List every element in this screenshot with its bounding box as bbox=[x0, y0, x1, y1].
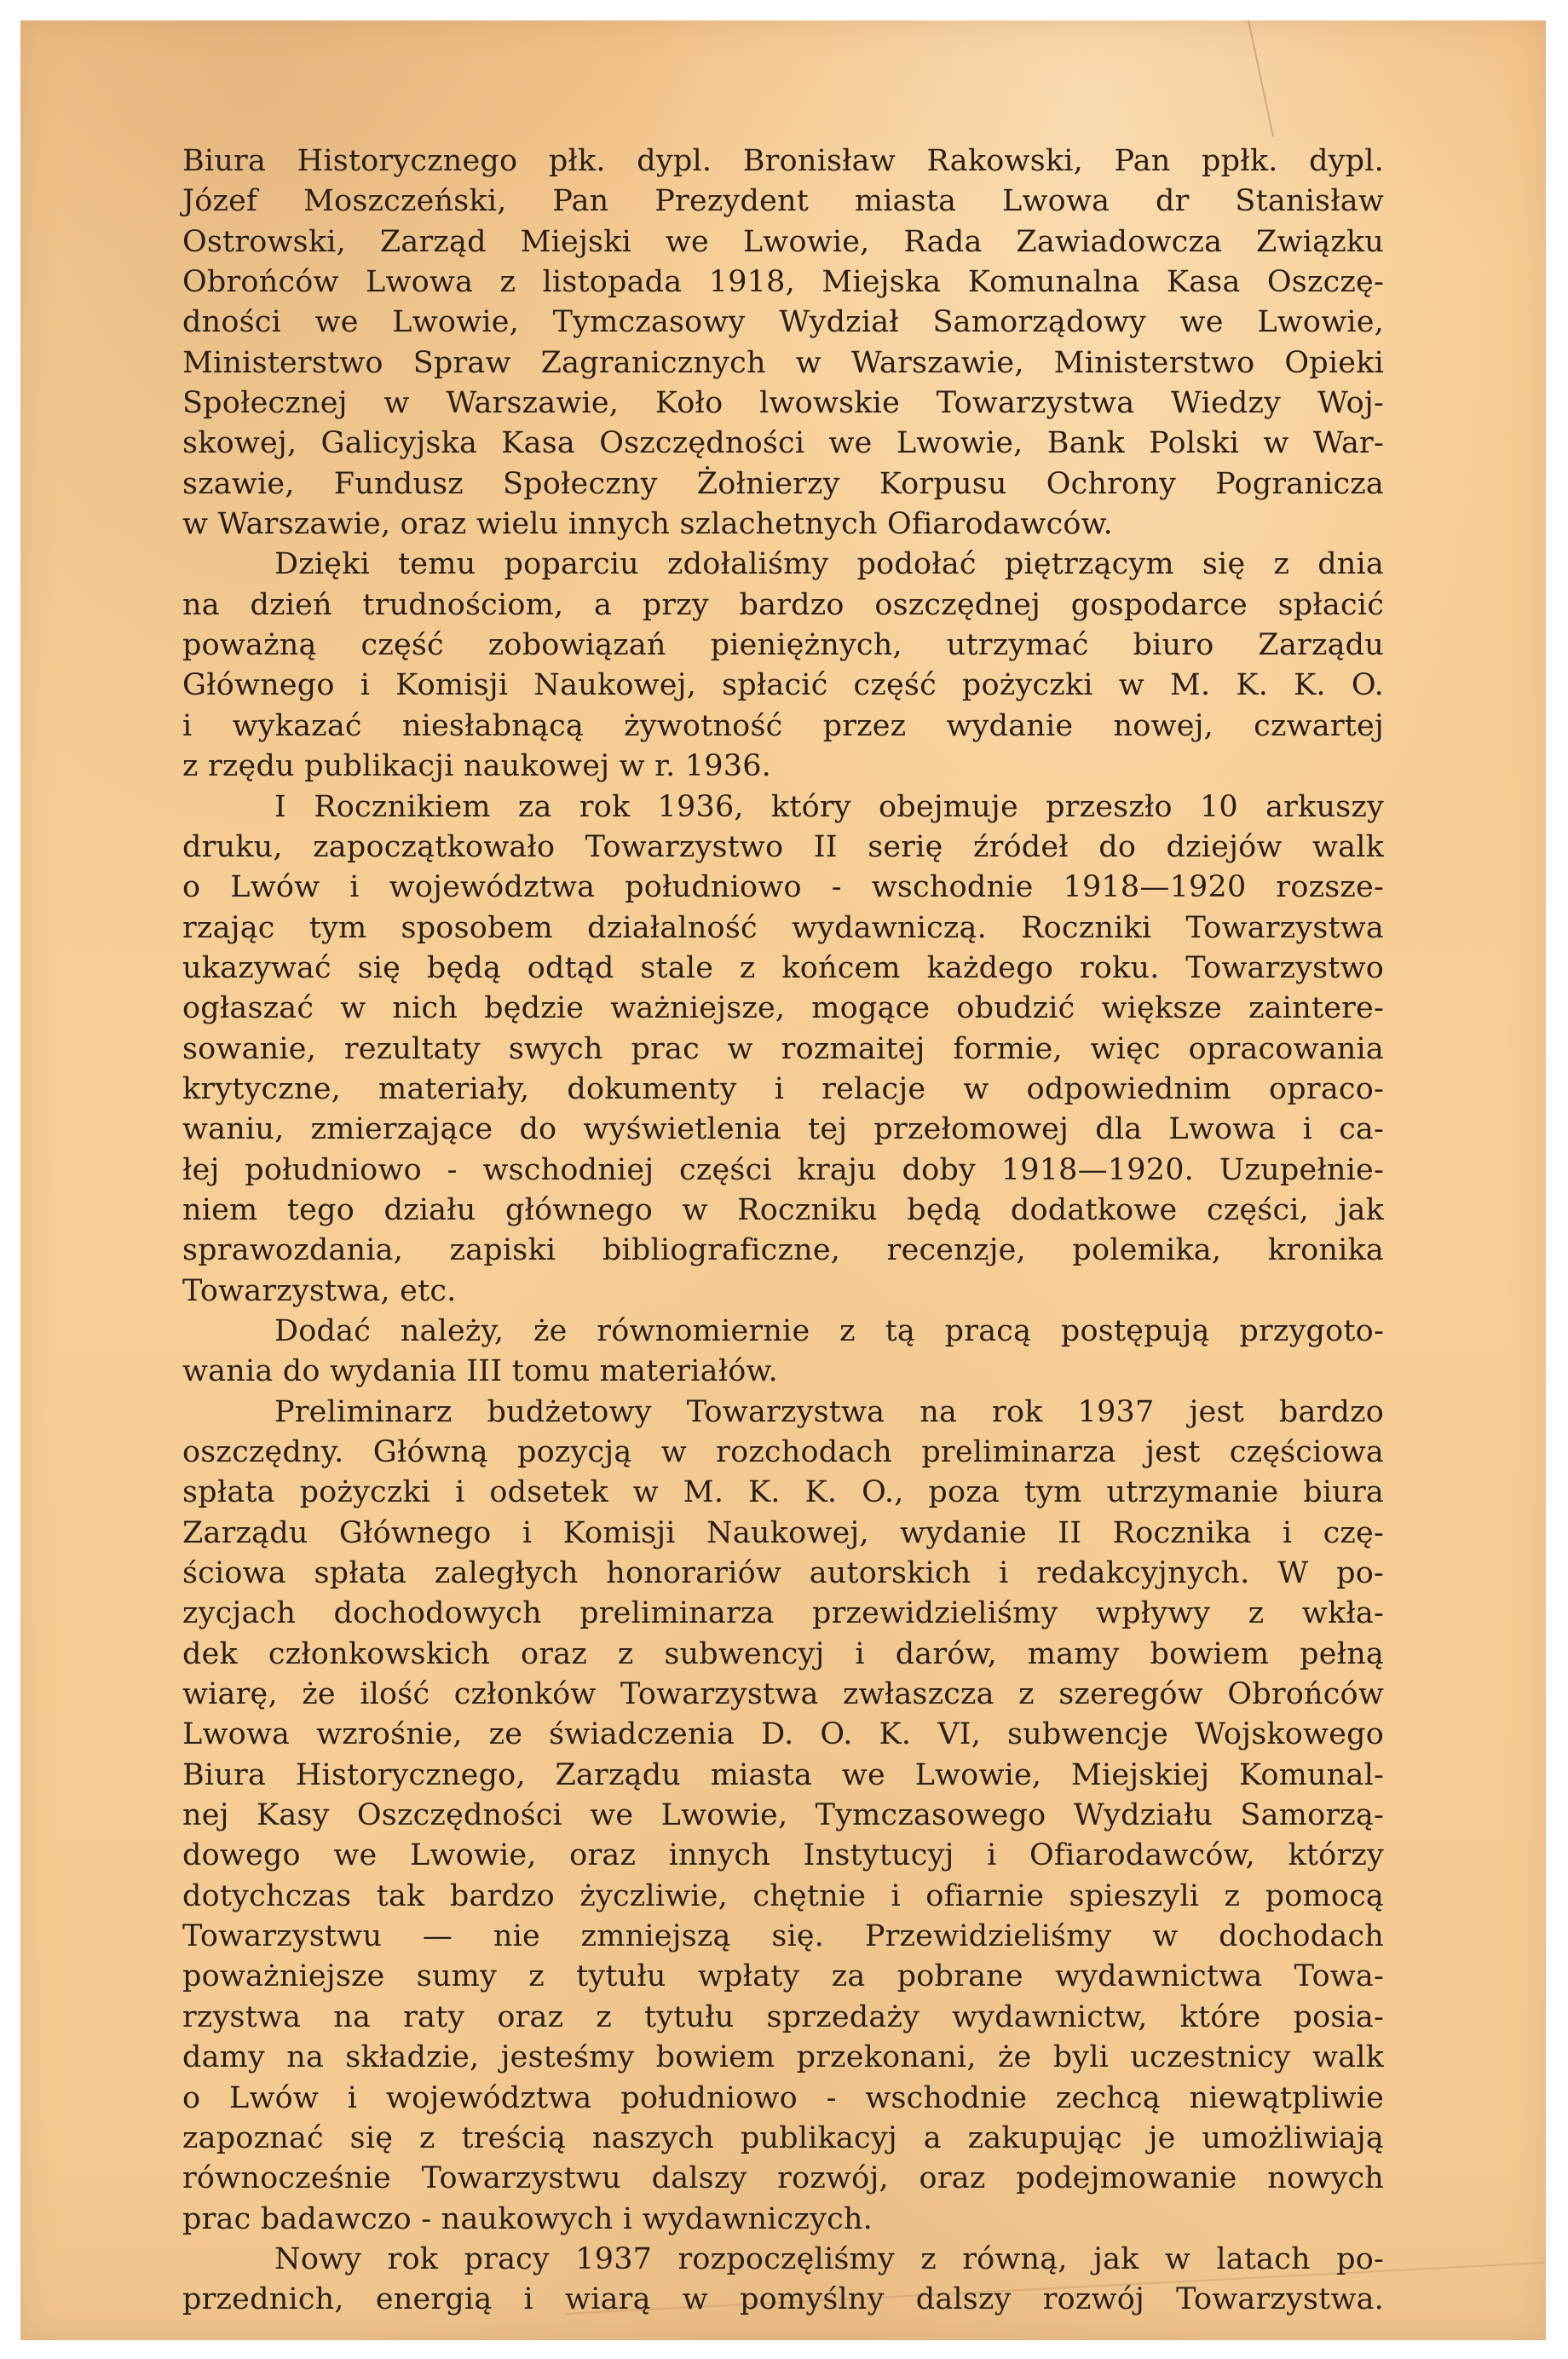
text-line: wiarę, że ilość członków Towarzystwa zwł… bbox=[182, 1675, 1384, 1715]
text-line: dotychczas tak bardzo życzliwie, chętnie… bbox=[182, 1877, 1384, 1917]
text-line: zycjach dochodowych preliminarza przewid… bbox=[182, 1594, 1384, 1634]
text-line: niem tego działu głównego w Roczniku będ… bbox=[182, 1191, 1384, 1231]
text-line: sprawozdania, zapiski bibliograficzne, r… bbox=[182, 1231, 1384, 1271]
paragraph: Nowy rok pracy 1937 rozpoczęliśmy z równ… bbox=[182, 2240, 1384, 2321]
text-line: Głównego i Komisji Naukowej, spłacić czę… bbox=[182, 666, 1384, 706]
text-line: Towarzystwa, etc. bbox=[182, 1272, 1384, 1312]
text-line: Obrońców Lwowa z listopada 1918, Miejska… bbox=[182, 262, 1384, 303]
text-line: prac badawczo - naukowych i wydawniczych… bbox=[182, 2200, 1384, 2240]
text-line: Społecznej w Warszawie, Koło lwowskie To… bbox=[182, 384, 1384, 424]
text-line: o Lwów i województwa południowo - wschod… bbox=[182, 868, 1384, 908]
text-line: rzając tym sposobem działalność wydawnic… bbox=[182, 908, 1384, 949]
text-line: sowanie, rezultaty swych prac w rozmaite… bbox=[182, 1030, 1384, 1070]
text-line: łej południowo - wschodniej części kraju… bbox=[182, 1151, 1384, 1191]
scanned-page: Biura Historycznego płk. dypl. Bronisław… bbox=[20, 20, 1546, 2340]
text-line: ukazywać się będą odtąd stale z końcem k… bbox=[182, 949, 1384, 989]
text-line: Lwowa wzrośnie, ze świadczenia D. O. K. … bbox=[182, 1715, 1384, 1755]
text-line: dek członkowskich oraz z subwencyj i dar… bbox=[182, 1635, 1384, 1675]
text-line: zapoznać się z treścią naszych publikacy… bbox=[182, 2119, 1384, 2159]
text-line: skowej, Galicyjska Kasa Oszczędności we … bbox=[182, 424, 1384, 464]
text-line: I Rocznikiem za rok 1936, który obejmuje… bbox=[182, 787, 1384, 828]
text-line: spłata pożyczki i odsetek w M. K. K. O.,… bbox=[182, 1473, 1384, 1513]
text-line: Biura Historycznego, Zarządu miasta we L… bbox=[182, 1756, 1384, 1796]
text-line: ściowa spłata zaległych honorariów autor… bbox=[182, 1554, 1384, 1594]
text-line: o Lwów i województwa południowo - wschod… bbox=[182, 2079, 1384, 2119]
text-line: oszczędny. Główną pozycją w rozchodach p… bbox=[182, 1433, 1384, 1473]
text-line: druku, zapoczątkowało Towarzystwo II ser… bbox=[182, 828, 1384, 868]
paper-crease bbox=[1248, 20, 1274, 137]
text-line: waniu, zmierzające do wyświetlenia tej p… bbox=[182, 1110, 1384, 1150]
text-line: Zarządu Głównego i Komisji Naukowej, wyd… bbox=[182, 1514, 1384, 1554]
text-line: z rzędu publikacji naukowej w r. 1936. bbox=[182, 747, 1384, 787]
paragraph: Biura Historycznego płk. dypl. Bronisław… bbox=[182, 141, 1384, 545]
text-line: wania do wydania III tomu materiałów. bbox=[182, 1352, 1384, 1392]
paragraph: Dzięki temu poparciu zdołaliśmy podołać … bbox=[182, 545, 1384, 787]
text-line: na dzień trudnościom, a przy bardzo oszc… bbox=[182, 585, 1384, 626]
text-line: damy na składzie, jesteśmy bowiem przeko… bbox=[182, 2038, 1384, 2078]
text-line: przednich, energią i wiarą w pomyślny da… bbox=[182, 2280, 1384, 2320]
text-line: rzystwa na raty oraz z tytułu sprzedaży … bbox=[182, 1998, 1384, 2038]
text-line: i wykazać niesłabnącą żywotność przez wy… bbox=[182, 707, 1384, 747]
text-line: Preliminarz budżetowy Towarzystwa na rok… bbox=[182, 1393, 1384, 1433]
text-line: równocześnie Towarzystwu dalszy rozwój, … bbox=[182, 2159, 1384, 2199]
text-line: w Warszawie, oraz wielu innych szlachetn… bbox=[182, 505, 1384, 545]
body-text: Biura Historycznego płk. dypl. Bronisław… bbox=[182, 141, 1384, 2321]
text-line: Towarzystwu — nie zmniejszą się. Przewid… bbox=[182, 1917, 1384, 1957]
text-line: Ministerstwo Spraw Zagranicznych w Warsz… bbox=[182, 343, 1384, 384]
text-line: nej Kasy Oszczędności we Lwowie, Tymczas… bbox=[182, 1796, 1384, 1836]
text-line: Ostrowski, Zarząd Miejski we Lwowie, Rad… bbox=[182, 222, 1384, 262]
text-line: krytyczne, materiały, dokumenty i relacj… bbox=[182, 1070, 1384, 1110]
paragraph: Preliminarz budżetowy Towarzystwa na rok… bbox=[182, 1393, 1384, 2240]
text-line: ogłaszać w nich będzie ważniejsze, mogąc… bbox=[182, 989, 1384, 1029]
text-line: Dodać należy, że równomiernie z tą pracą… bbox=[182, 1312, 1384, 1352]
text-line: poważną część zobowiązań pieniężnych, ut… bbox=[182, 626, 1384, 666]
text-line: Biura Historycznego płk. dypl. Bronisław… bbox=[182, 141, 1384, 182]
text-line: Józef Moszczeński, Pan Prezydent miasta … bbox=[182, 182, 1384, 222]
paragraph: I Rocznikiem za rok 1936, który obejmuje… bbox=[182, 787, 1384, 1312]
text-line: poważniejsze sumy z tytułu wpłaty za pob… bbox=[182, 1957, 1384, 1997]
text-line: dowego we Lwowie, oraz innych Instytucyj… bbox=[182, 1836, 1384, 1876]
text-line: dności we Lwowie, Tymczasowy Wydział Sam… bbox=[182, 303, 1384, 343]
text-line: Nowy rok pracy 1937 rozpoczęliśmy z równ… bbox=[182, 2240, 1384, 2280]
paragraph: Dodać należy, że równomiernie z tą pracą… bbox=[182, 1312, 1384, 1393]
text-line: szawie, Fundusz Społeczny Żołnierzy Korp… bbox=[182, 464, 1384, 505]
text-line: Dzięki temu poparciu zdołaliśmy podołać … bbox=[182, 545, 1384, 585]
